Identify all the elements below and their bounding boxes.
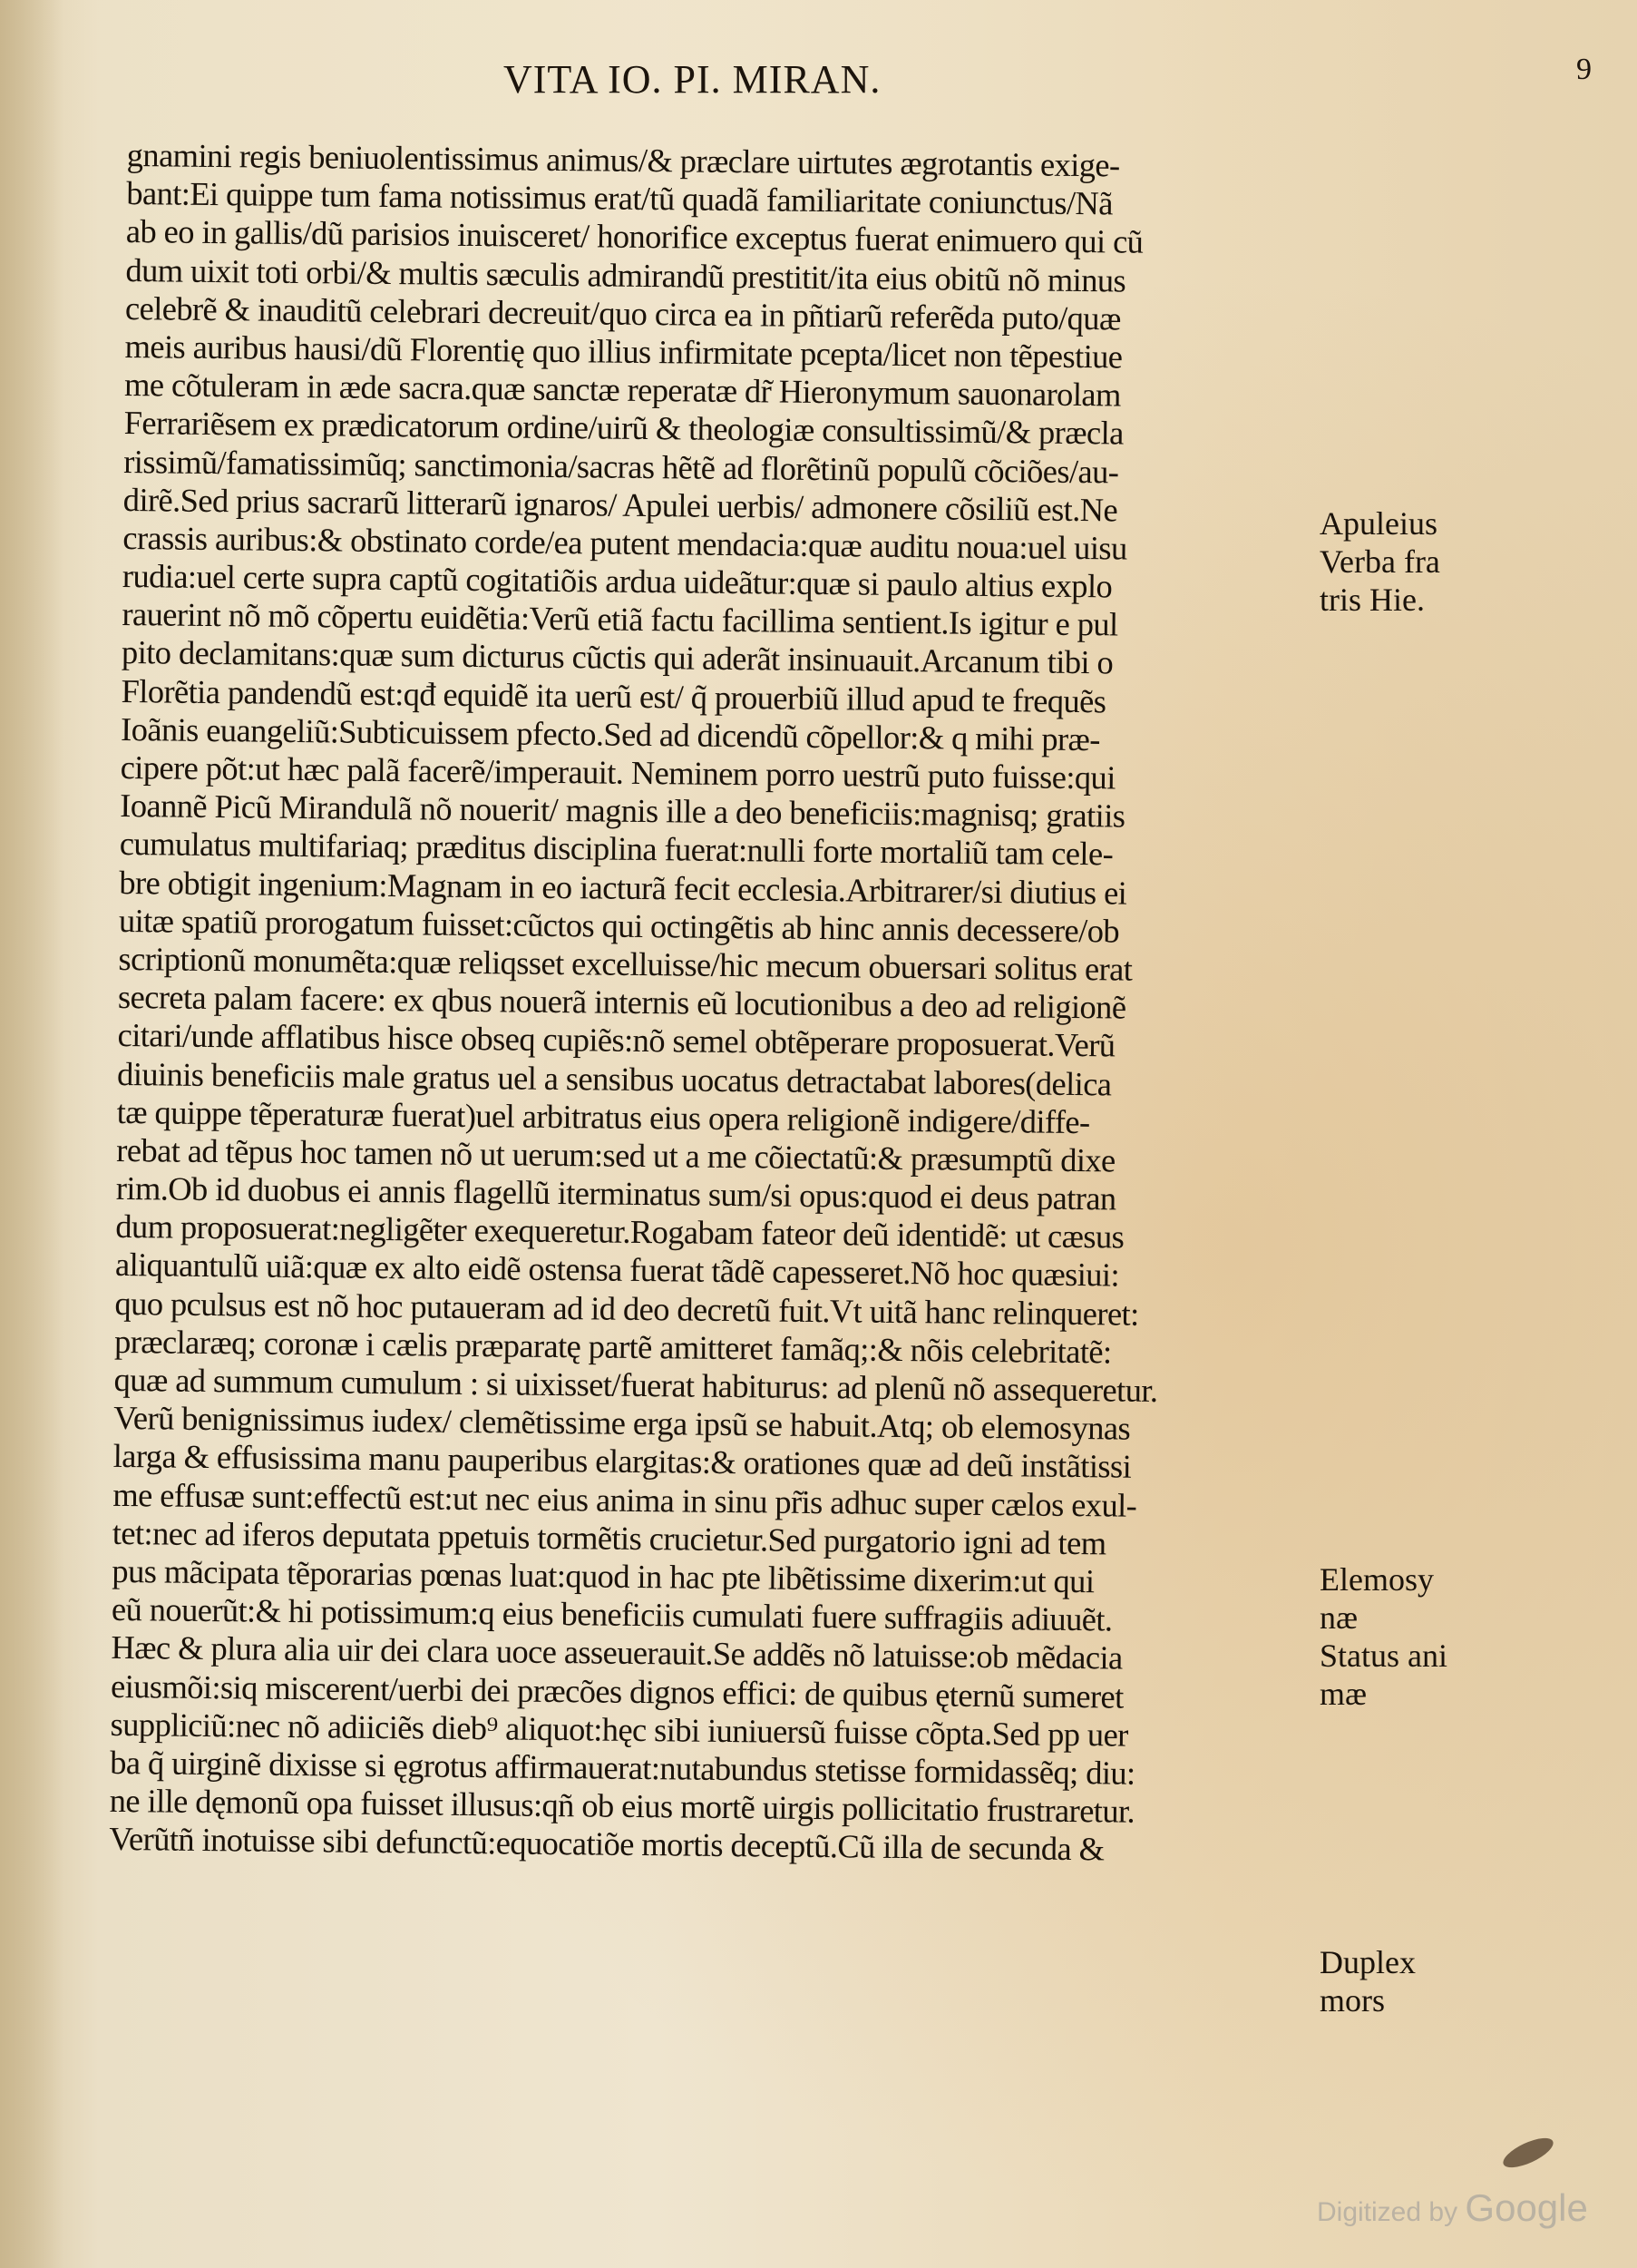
margin-note-line: Status ani [1320,1637,1447,1675]
google-logo-text: Google [1465,2186,1587,2229]
margin-note-line: Elemosy [1320,1560,1447,1598]
page-number: 9 [1576,53,1592,87]
margin-note-apuleius: Apuleius Verba fra tris Hie. [1320,504,1440,619]
margin-note-line: næ [1320,1598,1447,1637]
margin-note-line: mors [1320,1981,1416,2019]
body-text: gnamini regis beniuolentissimus animus/&… [109,136,1297,1871]
margin-note-line: Verba fra [1320,543,1440,581]
margin-note-line: Duplex [1320,1943,1416,1981]
margin-note-line: tris Hie. [1320,581,1440,619]
margin-note-duplex-mors: Duplex mors [1320,1943,1416,2019]
page-gutter-shadow [0,0,63,2268]
scanned-page: VITA IO. PI. MIRAN. 9 gnamini regis beni… [0,0,1637,2268]
margin-note-line: Apuleius [1320,504,1440,543]
running-title: VITA IO. PI. MIRAN. [503,56,881,103]
digitized-by-watermark: Digitized by Google [1317,2186,1588,2230]
margin-note-elemosynae: Elemosy næ Status ani mæ [1320,1560,1447,1713]
margin-note-line: mæ [1320,1675,1447,1713]
ink-stain [1499,2132,1557,2173]
watermark-prefix: Digitized by [1317,2197,1457,2227]
